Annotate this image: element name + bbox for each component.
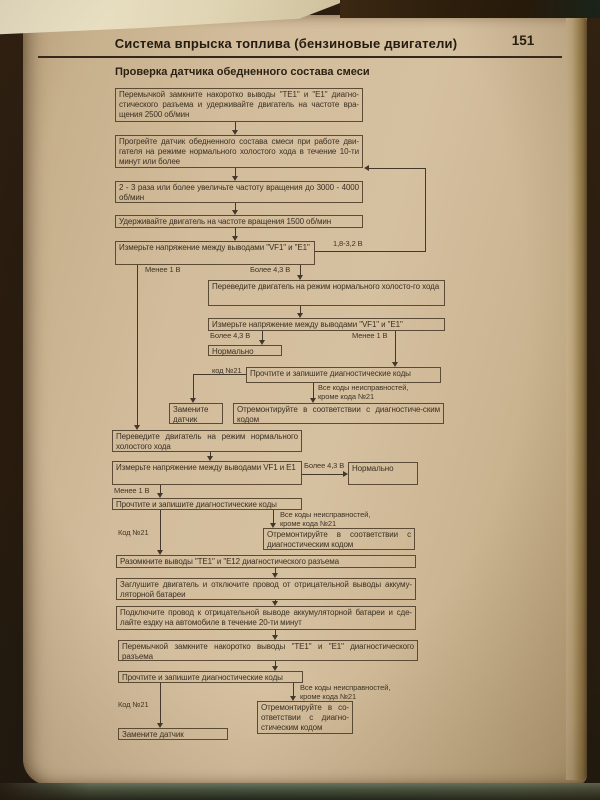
- label-code21-c: Код №21: [118, 701, 178, 710]
- flow-arrow-down: [297, 313, 303, 318]
- flow-box-repair1: Отремонтируйте в соответствии с диагност…: [233, 403, 444, 424]
- label-less-1v-b: Менее 1 В: [352, 332, 412, 341]
- page-stack-edge: [566, 18, 587, 780]
- flow-arrow-down: [392, 362, 398, 367]
- flow-arrow-down: [232, 210, 238, 215]
- flow-connector: [193, 374, 246, 375]
- flow-box-rev: 2 - 3 раза или более увеличьте частоту в…: [115, 181, 363, 203]
- flow-box-hold1500: Удерживайте двигатель на частоте вращени…: [115, 215, 363, 228]
- flow-arrow-down: [259, 340, 265, 345]
- flow-connector: [160, 683, 161, 724]
- label-allcodes-b: Все коды неисправностей, кроме кода №21: [280, 511, 390, 528]
- flow-arrow-down: [232, 130, 238, 135]
- book-cover-edge: [340, 0, 600, 18]
- flow-box-repair3: Отремонтируйте в со-ответствии с диагно-…: [257, 701, 353, 734]
- flow-connector: [425, 168, 426, 252]
- flow-box-measure2: Измерьте напряжение между выводами "VF1"…: [208, 318, 445, 331]
- manual-page: [23, 15, 587, 785]
- flow-arrow-down: [290, 696, 296, 701]
- flow-connector: [315, 251, 426, 252]
- flow-connector: [160, 510, 161, 551]
- flow-connector: [137, 265, 138, 426]
- label-allcodes-c: Все коды неисправностей, кроме кода №21: [300, 684, 410, 701]
- flow-arrow-down: [157, 723, 163, 728]
- flow-box-idle1: Переведите двигатель на режим нормальног…: [208, 280, 445, 306]
- label-less-1v-a: Менее 1 В: [145, 266, 205, 275]
- page-number: 151: [501, 33, 545, 48]
- flow-box-replace2: Замените датчик: [118, 728, 228, 740]
- label-voltage-range: 1,8-3,2 В: [333, 240, 393, 249]
- flow-arrow-down: [134, 425, 140, 430]
- label-more-43v-c: Более 4,3 В: [304, 462, 364, 471]
- flow-arrow-down: [232, 236, 238, 241]
- flow-connector: [369, 168, 426, 169]
- flow-arrow-down: [272, 573, 278, 578]
- flow-box-read3: Прочтите и запишите диагностические коды: [118, 671, 303, 683]
- flow-box-stop-engine: Заглушите двигатель и отключите провод о…: [116, 578, 416, 600]
- flow-arrow-down: [157, 550, 163, 555]
- flow-arrow-down: [157, 493, 163, 498]
- flow-box-reconnect: Подключите провод к отрицательной выводе…: [116, 606, 416, 630]
- flow-box-repair2: Отремонтируйте в соответствии с диагност…: [263, 528, 415, 550]
- flow-arrow-down: [272, 601, 278, 606]
- label-allcodes-a: Все коды неисправностей, кроме кода №21: [318, 384, 430, 401]
- flow-connector: [395, 331, 396, 363]
- flow-arrow-down: [272, 666, 278, 671]
- flow-arrow-right: [343, 471, 348, 477]
- flow-box-warmup: Прогрейте датчик обедненного состава сме…: [115, 135, 363, 168]
- flow-box-measure3: Измерьте напряжение между выводами VF1 и…: [112, 461, 302, 485]
- flow-connector: [193, 374, 194, 399]
- flow-connector: [273, 510, 274, 524]
- flow-arrow-down: [207, 456, 213, 461]
- section-title: Проверка датчика обедненного состава сме…: [115, 66, 370, 78]
- flow-connector: [313, 383, 314, 399]
- flow-box-measure1: Измерьте напряжение между выводами "VF1"…: [115, 241, 315, 265]
- label-more-43v-a: Более 4,3 В: [250, 266, 310, 275]
- flow-box-open-terminals: Разомкните выводы "ТЕ1" и "Е12 диагности…: [116, 555, 416, 568]
- flow-arrow-down: [310, 398, 316, 403]
- flow-box-idle2: Переведите двигатель на режим нормальног…: [112, 430, 302, 452]
- flow-connector: [293, 683, 294, 697]
- chapter-header: Система впрыска топлива (бензиновые двиг…: [88, 36, 484, 51]
- flow-arrow-down: [232, 176, 238, 181]
- flow-arrow-left: [364, 165, 369, 171]
- label-code21-b: Код №21: [118, 529, 178, 538]
- flow-box-replace1: Замените датчик: [169, 403, 223, 424]
- flow-box-jumper2: Перемычкой замкните накоротко выводы "ТЕ…: [118, 640, 418, 661]
- flow-arrow-down: [297, 275, 303, 280]
- flow-box-read1: Прочтите и запишите диагностические коды: [246, 367, 441, 383]
- flow-connector: [302, 474, 343, 475]
- flow-box-normal1: Нормально: [208, 345, 282, 356]
- flow-box-jumper1: Перемычкой замкните накоротко выводы "ТЕ…: [115, 88, 363, 122]
- flow-arrow-down: [270, 523, 276, 528]
- flow-arrow-down: [272, 635, 278, 640]
- book-photo: Система впрыска топлива (бензиновые двиг…: [0, 0, 600, 800]
- header-rule: [38, 56, 562, 58]
- table-surface: [0, 783, 600, 800]
- flow-box-read2: Прочтите и запишите диагностические коды: [112, 498, 302, 510]
- flow-arrow-down: [190, 398, 196, 403]
- label-less-1v-c: Менее 1 В: [114, 487, 174, 496]
